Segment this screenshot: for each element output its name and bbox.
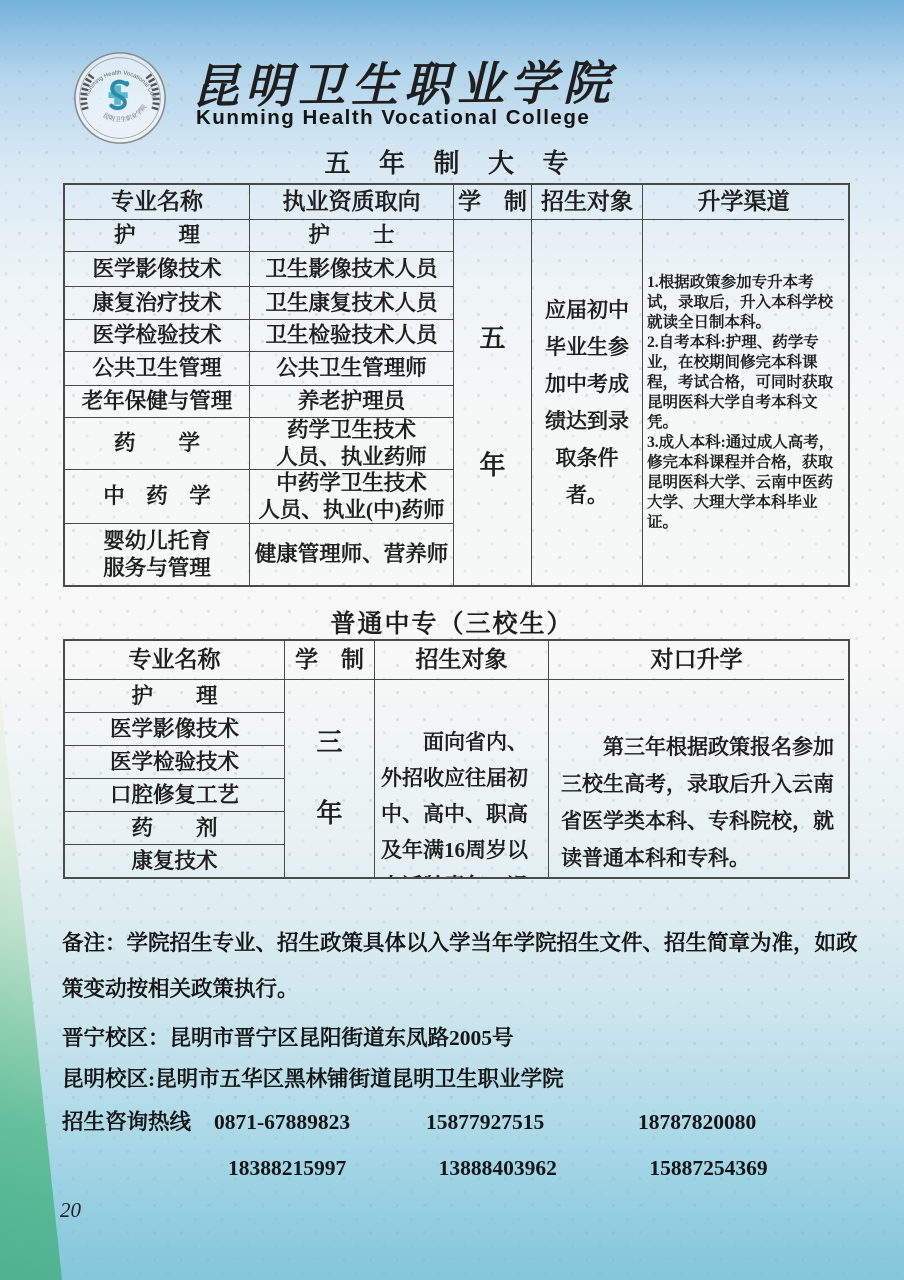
duration-cell: 三 年 <box>285 680 375 877</box>
table-row-qualification: 药学卫生技术 人员、执业药师 <box>250 418 454 470</box>
column-header-duration: 学 制 <box>454 185 532 220</box>
column-header-pathway: 对口升学 <box>549 641 844 680</box>
table-row-major: 医学检验技术 <box>65 320 250 352</box>
table-row-qualification: 养老护理员 <box>250 386 454 418</box>
column-header-pathway: 升学渠道 <box>643 185 844 220</box>
college-name-english: Kunming Health Vocational College <box>196 106 590 130</box>
section1-title: 五 年 制 大 专 <box>0 143 904 180</box>
section2-title: 普通中专（三校生） <box>0 604 904 640</box>
column-header-major: 专业名称 <box>65 641 285 680</box>
hotline-row-1: 招生咨询热线 0871-67889823 15877927515 1878782… <box>62 1107 860 1137</box>
hotline-label: 招生咨询热线 <box>62 1107 214 1137</box>
table-row-major: 药 剂 <box>65 812 285 845</box>
column-header-major: 专业名称 <box>65 185 250 220</box>
secondary-vocational-table: 专业名称 学 制 招生对象 对口升学 护 理 医学影像技术 医学检验技术 口腔修… <box>63 639 850 879</box>
table-row-major: 医学影像技术 <box>65 713 285 746</box>
column-header-target: 招生对象 <box>532 185 643 220</box>
phone-number: 13888403962 <box>439 1153 650 1183</box>
phone-number: 15887254369 <box>649 1153 860 1183</box>
table-row-qualification: 护 士 <box>250 220 454 252</box>
table-row-major: 医学影像技术 <box>65 252 250 287</box>
college-seal-logo: Kunming Health Vocational College 昆明卫生职业… <box>72 50 168 146</box>
table-row-qualification: 卫生影像技术人员 <box>250 252 454 287</box>
table-row-qualification: 公共卫生管理师 <box>250 352 454 386</box>
target-text: 面向省内、外招收应往届初中、高中、职高及年满16周岁以上适龄青年、退伍军人等。 <box>381 724 544 877</box>
table-row-major: 中 药 学 <box>65 470 250 524</box>
hotline-row-2: 18388215997 13888403962 15887254369 <box>62 1153 860 1183</box>
campus-address-jinning: 晋宁校区：昆明市晋宁区昆阳街道东凤路2005号 <box>62 1023 860 1053</box>
pathway-text: 第三年根据政策报名参加三校生高考，录取后升入云南省医学类本科、专科院校，就读普通… <box>561 729 836 877</box>
table-row-major: 婴幼儿托育 服务与管理 <box>65 524 250 585</box>
notes-section: 备注：学院招生专业、招生政策具体以入学当年学院招生文件、招生简章为准，如政策变动… <box>62 920 860 1183</box>
phone-number: 18388215997 <box>228 1153 439 1183</box>
duration-cell: 五 年 <box>454 220 532 585</box>
table-row-qualification: 健康管理师、营养师 <box>250 524 454 585</box>
column-header-duration: 学 制 <box>285 641 375 680</box>
table-row-major: 护 理 <box>65 680 285 713</box>
pathway-item: 3.成人本科:通过成人高考，修完本科课程并合格，获取昆明医科大学、云南中医药大学… <box>647 433 842 533</box>
table-row-major: 康复技术 <box>65 845 285 877</box>
table-row-major: 老年保健与管理 <box>65 386 250 418</box>
table-row-major: 口腔修复工艺 <box>65 779 285 812</box>
phone-number: 18787820080 <box>638 1107 850 1137</box>
duration-char: 年 <box>479 450 505 483</box>
remark-text: 备注：学院招生专业、招生政策具体以入学当年学院招生文件、招生简章为准，如政策变动… <box>62 920 860 1012</box>
table-row-qualification: 卫生康复技术人员 <box>250 287 454 320</box>
table-row-qualification: 中药学卫生技术 人员、执业(中)药师 <box>250 470 454 524</box>
duration-char: 年 <box>316 798 342 831</box>
brochure-page: Kunming Health Vocational College 昆明卫生职业… <box>0 0 904 1280</box>
decorative-green-wedge <box>0 692 62 1280</box>
page-number: 20 <box>60 1198 81 1223</box>
pathway-cell: 第三年根据政策报名参加三校生高考，录取后升入云南省医学类本科、专科院校，就读普通… <box>549 680 844 877</box>
table-row-major: 药 学 <box>65 418 250 470</box>
duration-char: 三 <box>316 727 342 760</box>
target-students-cell: 应届初中毕业生参加中考成绩达到录取条件者。 <box>532 220 643 585</box>
table-row-qualification: 卫生检验技术人员 <box>250 320 454 352</box>
campus-address-kunming: 昆明校区:昆明市五华区黑林铺街道昆明卫生职业学院 <box>62 1064 860 1094</box>
target-students-cell: 面向省内、外招收应往届初中、高中、职高及年满16周岁以上适龄青年、退伍军人等。 <box>375 680 549 877</box>
duration-char: 五 <box>479 323 505 356</box>
pathway-cell: 1.根据政策参加专升本考试，录取后，升入本科学校就读全日制本科。 2.自考本科:… <box>643 220 844 585</box>
column-header-qualification: 执业资质取向 <box>250 185 454 220</box>
pathway-item: 1.根据政策参加专升本考试，录取后，升入本科学校就读全日制本科。 <box>647 273 842 333</box>
table-row-major: 公共卫生管理 <box>65 352 250 386</box>
pathway-item: 2.自考本科:护理、药学专业，在校期间修完本科课程，考试合格，可同时获取昆明医科… <box>647 333 842 433</box>
table-row-major: 医学检验技术 <box>65 746 285 779</box>
five-year-program-table: 专业名称 执业资质取向 学 制 招生对象 升学渠道 护 理 护 士 医学影像技术… <box>63 183 850 587</box>
phone-number: 0871-67889823 <box>214 1107 426 1137</box>
phone-number: 15877927515 <box>426 1107 638 1137</box>
table-row-major: 康复治疗技术 <box>65 287 250 320</box>
column-header-target: 招生对象 <box>375 641 549 680</box>
table-row-major: 护 理 <box>65 220 250 252</box>
